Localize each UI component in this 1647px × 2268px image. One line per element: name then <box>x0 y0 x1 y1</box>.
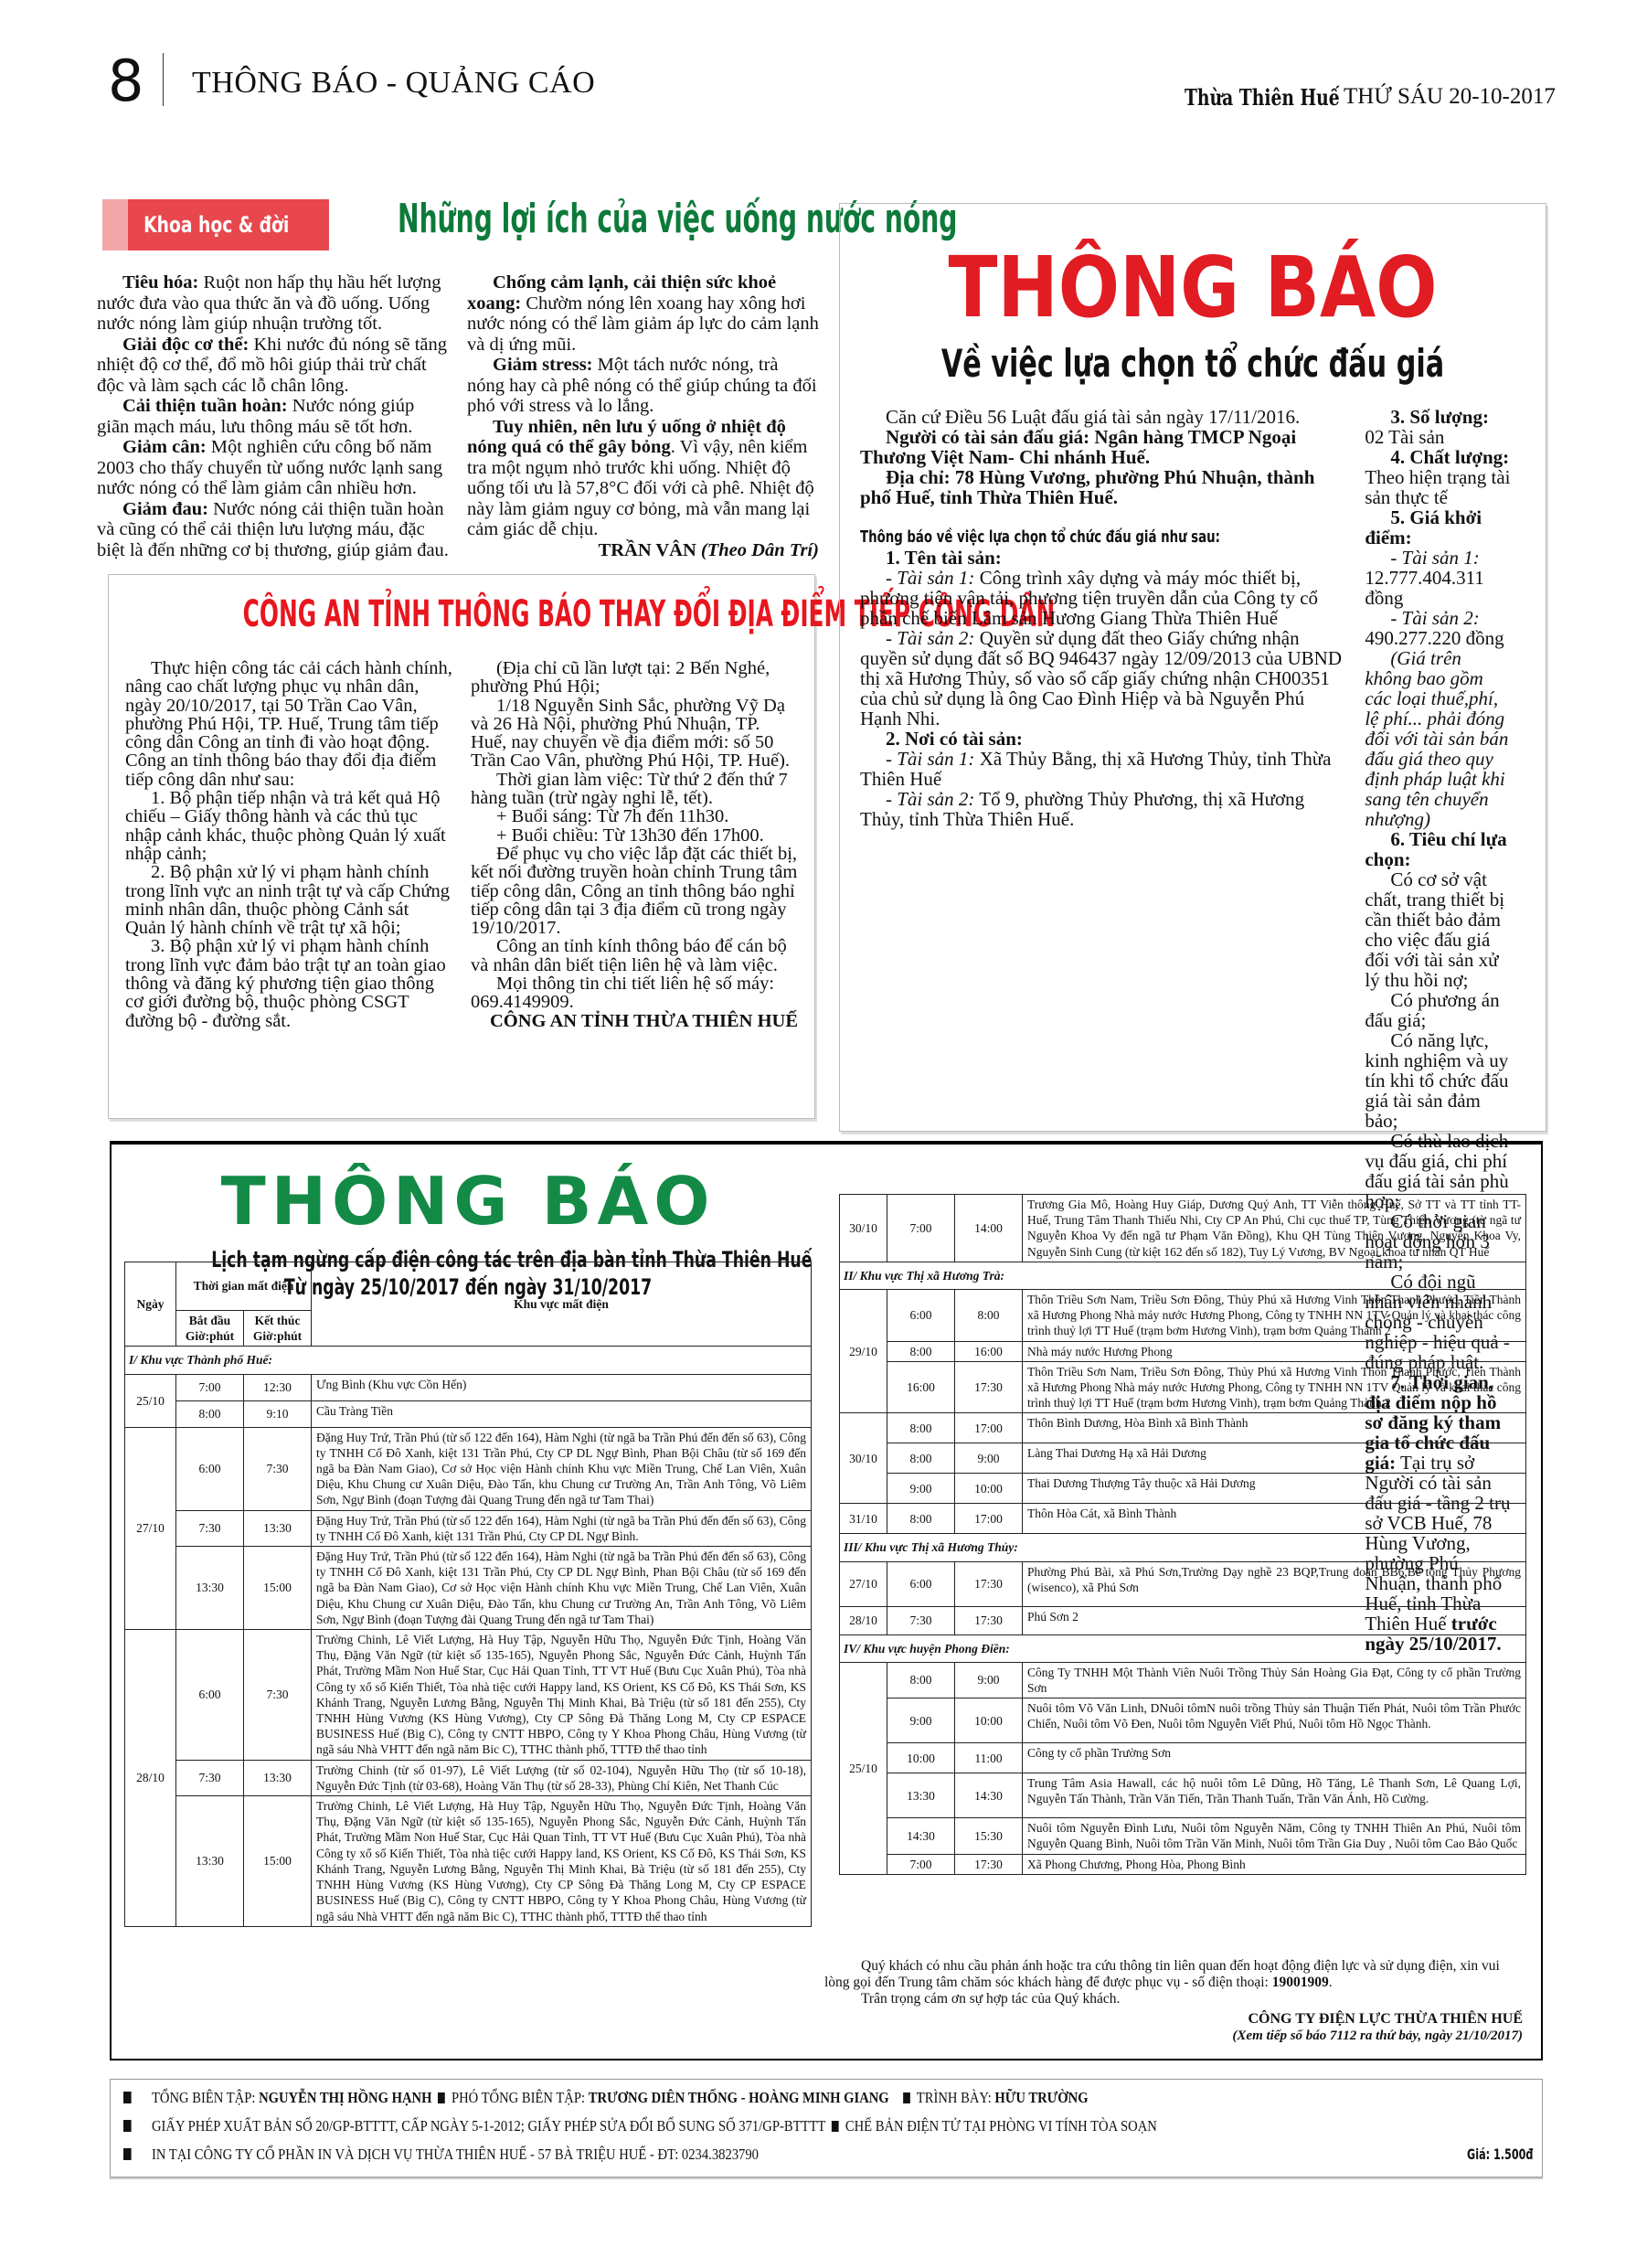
paragraph: Giảm stress: Một tách nước nóng, trà nón… <box>467 355 819 417</box>
table-row: 14:3015:30 Nuôi tôm Nguyễn Đình Lưu, Nuô… <box>840 1818 1526 1854</box>
hotline-number: 19001909 <box>1272 1975 1329 1990</box>
table-row: 7:3013:30 Trường Chinh (từ số 01-97), Lê… <box>125 1760 812 1795</box>
paragraph: - Tài sản 1: Xã Thủy Bằng, thị xã Hương … <box>860 749 1346 789</box>
table-row: 27/10 6:007:30 Đặng Huy Trứ, Trần Phú (t… <box>125 1427 812 1510</box>
paragraph: Chống cảm lạnh, cải thiện sức khoẻ xoang… <box>467 272 819 355</box>
masthead-footer: TỔNG BIÊN TẬP: NGUYỄN THỊ HỒNG HẠNHPHÓ T… <box>110 2079 1543 2177</box>
criteria-item: Có cơ sở vật chất, trang thiết bị cần th… <box>1365 869 1511 990</box>
paragraph: Để phục vụ cho việc lắp đặt các thiết bị… <box>471 845 798 937</box>
price-line: - Tài sản 2: 490.277.220 đồng <box>1365 608 1511 648</box>
section-title: THÔNG BÁO - QUẢNG CÁO <box>192 66 595 101</box>
paragraph: Người có tài sản đấu giá: Ngân hàng TMCP… <box>860 427 1346 467</box>
power-outage-notice-box: THÔNG BÁO Lịch tạm ngừng cấp điện công t… <box>110 1141 1543 2060</box>
criteria-item: Có năng lực, kinh nghiệm và uy tín khi t… <box>1365 1030 1511 1131</box>
category-label: Khoa học & đời sống <box>128 199 329 250</box>
police-column-1: Thực hiện công tác cải cách hành chính, … <box>125 659 452 1030</box>
masthead-line-license: GIẤY PHÉP XUẤT BẢN SỐ 20/GP-BTTTT, CẤP N… <box>123 2117 1157 2135</box>
header-start: Bắt đầu Giờ:phút <box>176 1311 244 1347</box>
paragraph: - Tài sản 2: Tổ 9, phường Thủy Phương, t… <box>860 789 1346 829</box>
power-notice-title: THÔNG BÁO <box>112 1163 824 1240</box>
paragraph: Thời gian làm việc: Từ thứ 2 đến thứ 7 h… <box>471 771 798 808</box>
table-row: 13:3015:00 Đặng Huy Trứ, Trần Phú (từ số… <box>125 1547 812 1630</box>
header-divider <box>163 53 164 106</box>
table-row: 8:009:00 Làng Thai Dương Hạ xã Hải Dương <box>840 1443 1526 1474</box>
paragraph: Thực hiện công tác cải cách hành chính, … <box>125 659 452 789</box>
header-area: Khu vực mất điện <box>312 1262 812 1347</box>
price-line: - Tài sản 1: 12.777.404.311 đồng <box>1365 548 1511 608</box>
paragraph: Cải thiện tuần hoàn: Nước nóng giúp giãn… <box>97 396 449 437</box>
paragraph: Giảm đau: Nước nóng cải thiện tuần hoàn … <box>97 499 449 561</box>
table-row: 7:3013:30 Đặng Huy Trứ, Trần Phú (từ số … <box>125 1510 812 1546</box>
table-row: 30/10 7:0014:00 Trương Gia Mô, Hoàng Huy… <box>840 1195 1526 1262</box>
masthead-line-editors: TỔNG BIÊN TẬP: NGUYỄN THỊ HỒNG HẠNHPHÓ T… <box>123 2089 1089 2107</box>
price-note: (Giá trên không bao gồm các loại thuế,ph… <box>1365 648 1511 829</box>
section-row: II/ Khu vực Thị xã Hương Trà: <box>840 1262 1526 1289</box>
header-end: Kết thúc Giờ:phút <box>244 1311 312 1347</box>
paragraph: Công an tỉnh kính thông báo để cán bộ và… <box>471 937 798 974</box>
table-row: 9:0010:00 Nuôi tôm Võ Văn Linh, DNuôi tô… <box>840 1698 1526 1743</box>
criteria-item: Có phương án đấu giá; <box>1365 990 1511 1030</box>
thank-you-note: Trân trọng cám ơn sự hợp tác của Quý khá… <box>824 1991 1523 2007</box>
paragraph: - Tài sản 1: Công trình xây dựng và máy … <box>860 568 1346 628</box>
table-row: 31/10 8:0017:00 Thôn Hòa Cát, xã Bình Th… <box>840 1504 1526 1534</box>
item-heading: 5. Giá khởi điểm: <box>1365 507 1511 548</box>
auction-notice-box: THÔNG BÁO Về việc lựa chọn tổ chức đấu g… <box>839 203 1546 1132</box>
paragraph: 1. Bộ phận tiếp nhận và trả kết quả Hộ c… <box>125 789 452 863</box>
paragraph: + Buổi sáng: Từ 7h đến 11h30. <box>471 807 798 825</box>
paragraph: + Buổi chiều: Từ 13h30 đến 17h00. <box>471 826 798 845</box>
bullet-square-icon <box>123 2120 132 2132</box>
auction-notice-title: THÔNG BÁO <box>889 242 1496 334</box>
police-signature: CÔNG AN TỈNH THỪA THIÊN HUẾ <box>471 1012 798 1030</box>
price-label: Giá: 1.500đ <box>1467 2146 1533 2163</box>
table-row: 8:0016:00 Nhà máy nước Hương Phong <box>840 1341 1526 1361</box>
paragraph: 3. Số lượng: 02 Tài sản <box>1365 407 1511 447</box>
paragraph: Mọi thông tin chi tiết liên hệ số máy: 0… <box>471 974 798 1012</box>
table-row: 28/10 6:007:30 Trường Chinh, Lê Viết Lượ… <box>125 1630 812 1761</box>
paragraph: 1/18 Nguyễn Sinh Sắc, phường Vỹ Dạ và 26… <box>471 697 798 771</box>
header-time: Thời gian mất điện <box>176 1262 312 1311</box>
table-row: 13:3015:00 Trường Chinh, Lê Viết Lượng, … <box>125 1796 812 1927</box>
table-row: 30/10 8:0017:00 Thôn Bình Dương, Hòa Bìn… <box>840 1413 1526 1443</box>
paragraph: - Tài sản 2: Quyền sử dụng đất theo Giấy… <box>860 628 1346 729</box>
paragraph: Địa chỉ: 78 Hùng Vương, phường Phú Nhuận… <box>860 467 1346 507</box>
table-row: 25/10 7:0012:30 Ưng Bình (Khu vực Cồn Hế… <box>125 1374 812 1400</box>
paragraph: Giảm cân: Một nghiên cứu công bố năm 200… <box>97 437 449 499</box>
article-body: Tiêu hóa: Ruột non hấp thụ hầu hết lượng… <box>97 272 819 560</box>
police-column-2: (Địa chỉ cũ lần lượt tại: 2 Bến Nghé, ph… <box>471 659 798 1030</box>
item-heading: 1. Tên tài sản: <box>860 548 1346 568</box>
masthead-line-printer: IN TẠI CÔNG TY CỔ PHẦN IN VÀ DỊCH VỤ THỪ… <box>123 2146 759 2164</box>
police-notice-box: CÔNG AN TỈNH THÔNG BÁO THAY ĐỔI ĐỊA ĐIỂM… <box>108 574 815 1119</box>
paragraph: 4. Chất lượng: Theo hiện trạng tài sản t… <box>1365 447 1511 507</box>
continued-note: (Xem tiếp số báo 7112 ra thứ bảy, ngày 2… <box>824 2028 1523 2044</box>
outage-table-left: Ngày Thời gian mất điện Khu vực mất điện… <box>124 1262 812 1927</box>
item-heading: 6. Tiêu chí lựa chọn: <box>1365 829 1511 869</box>
table-row: 9:0010:00 Thai Dương Thượng Tây thuộc xã… <box>840 1474 1526 1504</box>
table-row: 13:3014:30 Trung Tâm Asia Hawall, các hộ… <box>840 1773 1526 1818</box>
paragraph: 3. Bộ phận xử lý vi phạm hành chính tron… <box>125 937 452 1029</box>
paragraph: Căn cứ Điều 56 Luật đấu giá tài sản ngày… <box>860 407 1346 427</box>
power-notice-footer: Quý khách có nhu cầu phản ánh hoặc tra c… <box>824 1958 1523 2044</box>
outage-table-right: 30/10 7:0014:00 Trương Gia Mô, Hoàng Huy… <box>839 1194 1526 1875</box>
header-day: Ngày <box>125 1262 176 1347</box>
table-row: 16:0017:30 Thôn Triều Sơn Nam, Triều Sơn… <box>840 1361 1526 1413</box>
table-row: 8:009:10 Cầu Tràng Tiền <box>125 1400 812 1427</box>
paragraph: Giải độc cơ thể: Khi nước đủ nóng sẽ tăn… <box>97 335 449 397</box>
paragraph: 2. Bộ phận xử lý vi phạm hành chính tron… <box>125 863 452 937</box>
bullet-square-icon <box>123 2092 132 2103</box>
table-row: 29/10 6:008:00 Thôn Triều Sơn Nam, Triều… <box>840 1290 1526 1342</box>
contact-note: Quý khách có nhu cầu phản ánh hoặc tra c… <box>824 1958 1523 1991</box>
auction-notice-subtitle: Về việc lựa chọn tổ chức đấu giá <box>939 341 1447 386</box>
section-row: IV/ Khu vực huyện Phong Điền: <box>840 1634 1526 1662</box>
bullet-square-icon <box>832 2121 839 2132</box>
bullet-square-icon <box>123 2148 132 2160</box>
police-notice-title: CÔNG AN TỈNH THÔNG BÁO THAY ĐỔI ĐỊA ĐIỂM… <box>243 593 681 635</box>
table-row: 7:0017:30 Xã Phong Chương, Phong Hòa, Ph… <box>840 1854 1526 1874</box>
paragraph: (Địa chỉ cũ lần lượt tại: 2 Bến Nghé, ph… <box>471 659 798 697</box>
power-notice-signature: CÔNG TY ĐIỆN LỰC THỪA THIÊN HUẾ <box>824 2011 1523 2028</box>
section-row: I/ Khu vực Thành phố Huế: <box>125 1347 812 1374</box>
auction-section-heading: Thông báo về việc lựa chọn tổ chức đấu g… <box>860 527 1220 548</box>
table-row: 25/10 8:009:00 Công Ty TNHH Một Thành Vi… <box>840 1662 1526 1698</box>
paragraph: Tiêu hóa: Ruột non hấp thụ hầu hết lượng… <box>97 272 449 335</box>
table-row: 27/10 6:0017:30 Phường Phú Bài, xã Phú S… <box>840 1561 1526 1606</box>
bullet-square-icon <box>438 2092 445 2103</box>
police-notice-body: Thực hiện công tác cải cách hành chính, … <box>125 659 798 1030</box>
bullet-square-icon <box>903 2092 910 2103</box>
table-row: 28/10 7:3017:30 Phú Sơn 2 <box>840 1606 1526 1634</box>
item-heading: 2. Nơi có tài sản: <box>860 729 1346 749</box>
article-byline: TRẦN VÂN (Theo Dân Trí) <box>467 540 819 561</box>
paragraph: Tuy nhiên, nên lưu ý uống ở nhiệt độ nón… <box>467 417 819 540</box>
article-column-1: Tiêu hóa: Ruột non hấp thụ hầu hết lượng… <box>97 272 449 560</box>
section-row: III/ Khu vực Thị xã Hương Thủy: <box>840 1534 1526 1561</box>
table-row: 10:0011:00 Công ty cổ phần Trường Sơn <box>840 1743 1526 1773</box>
newspaper-name: Thừa Thiên Huế <box>1185 84 1340 111</box>
issue-date: THỨ SÁU 20-10-2017 <box>1344 84 1556 110</box>
article-column-2: Chống cảm lạnh, cải thiện sức khoẻ xoang… <box>467 272 819 560</box>
page-number: 8 <box>108 53 143 110</box>
